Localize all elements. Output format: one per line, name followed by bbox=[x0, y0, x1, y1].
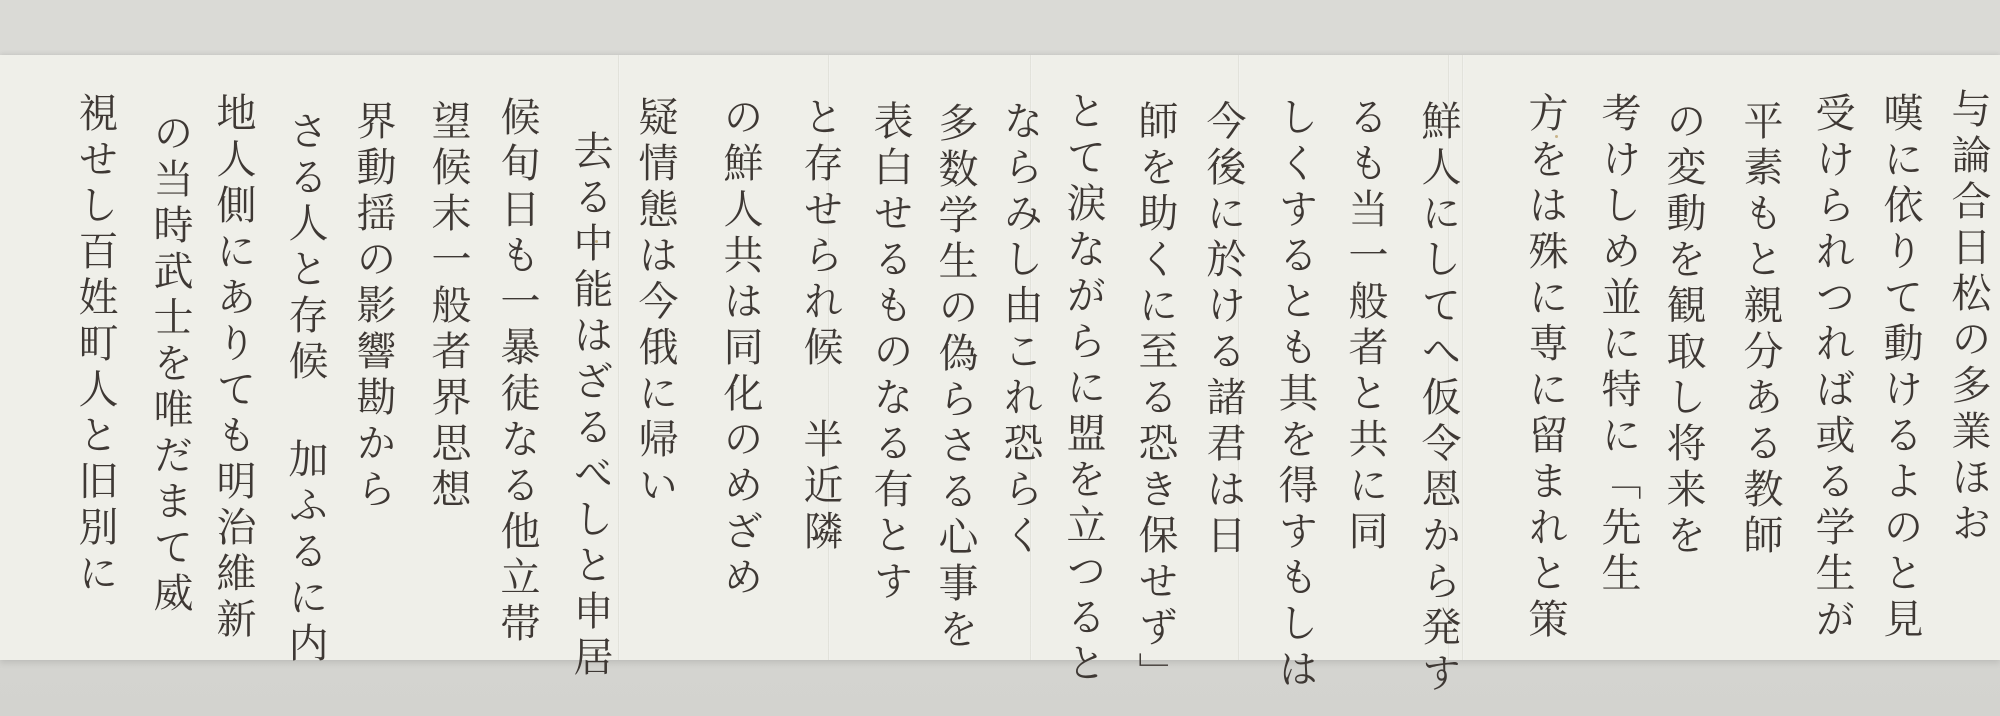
text-column-4: 平素もと親分ある教師 bbox=[1740, 100, 1780, 560]
text-column-12: 師を助くに至る恐き保せず」 bbox=[1135, 100, 1175, 698]
text-column-18: の鮮人共は同化のめざめ bbox=[720, 96, 760, 602]
text-column-11: 今後に於ける諸君は日 bbox=[1203, 100, 1243, 560]
text-column-16: 表白せるものなる有とす bbox=[870, 100, 910, 606]
text-column-8: 鮮人にしてへ仮令恩から発す bbox=[1418, 100, 1458, 698]
text-column-13: とて涙ながらに盟を立つると bbox=[1063, 90, 1103, 688]
text-column-21: 候旬日も一暴徒なる他立帯 bbox=[497, 96, 537, 648]
text-column-25: 地人側にありても明治維新 bbox=[213, 92, 253, 644]
text-column-17: と存せられ候 半近隣 bbox=[800, 96, 840, 556]
text-column-26: の当時武士を唯だまて威 bbox=[150, 112, 190, 618]
text-column-14: ならみし由これ恐らく bbox=[1000, 100, 1040, 560]
text-column-9: るも当一般者と共に同 bbox=[1345, 96, 1385, 556]
text-column-3: 受けられつれば或る学生が bbox=[1812, 92, 1852, 644]
text-column-10: しくするとも其を得すもしは bbox=[1275, 96, 1315, 694]
text-column-23: 界動揺の影響勘から bbox=[353, 100, 393, 514]
text-column-5: の変動を観取し将来を bbox=[1663, 100, 1703, 560]
text-column-1: 与論合日松の多業ほお bbox=[1948, 88, 1988, 548]
text-column-20: 去る中能はざるべしと申居 bbox=[570, 130, 610, 682]
text-column-2: 嘆に依りて動けるよのと見 bbox=[1880, 92, 1920, 644]
text-column-15: 多数学生の偽らさる心事を bbox=[935, 102, 975, 654]
fold-line bbox=[618, 55, 620, 660]
text-column-22: 望候末一般者界思想 bbox=[428, 100, 468, 514]
scroll-paper: 与論合日松の多業ほお 嘆に依りて動けるよのと見 受けられつれば或る学生が 平素も… bbox=[0, 55, 2000, 660]
text-column-27: 視せし百姓町人と旧別に bbox=[75, 92, 115, 598]
text-column-6: 考けしめ並に特に「先生 bbox=[1598, 92, 1638, 598]
fold-line bbox=[1462, 55, 1464, 660]
text-column-19: 疑情態は今俄に帰い bbox=[635, 96, 675, 510]
text-column-24: さる人と存候 加ふるに内 bbox=[285, 110, 325, 668]
text-column-7: 方をは殊に専に留まれと策 bbox=[1525, 92, 1565, 644]
